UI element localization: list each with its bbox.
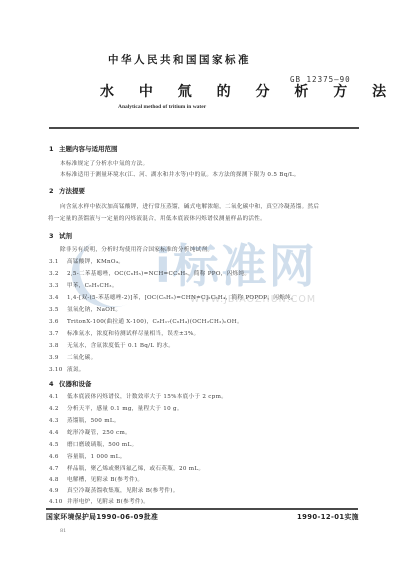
document-title: 水 中 氚 的 分 析 方 法 [100, 81, 396, 101]
section-2-heading: 2方法提要 [49, 186, 85, 195]
reagent-item: 3.1高锰酸钾，KMnO₄。 [49, 257, 124, 265]
document-subtitle: Analytical method of tritium in water [118, 104, 206, 110]
equipment-item: 4.7样品瓶，聚乙烯或聚四氟乙烯，或石英瓶，20 mL。 [49, 464, 204, 472]
header-rule [49, 127, 359, 129]
equipment-item: 4.10井形电炉，见附录 B(参考件)。 [49, 497, 149, 505]
section-1-para-1: 本标准规定了分析水中氚的方法。 [60, 159, 148, 167]
equipment-item: 4.2分析天平，感量 0.1 mg，量程大于 10 g。 [49, 404, 183, 412]
equipment-item: 4.3蒸馏瓶，500 mL。 [49, 416, 120, 424]
effective-date: 1990-12-01实施 [297, 511, 359, 521]
equipment-item: 4.6容量瓶，1 000 mL。 [49, 452, 126, 460]
watermark-logo: i标准网 [155, 230, 317, 296]
page-number: 81 [60, 528, 66, 534]
reagent-item: 3.6TritonX-100(曲拉通 X-100)，C₈H₁₇(C₆H₄)(OC… [49, 317, 243, 325]
approval-date: 国家环境保护局1990-06-09批准 [46, 511, 158, 521]
equipment-item: 4.1低本底液体闪烁谱仪，计数效率大于 15%本底小于 2 cpm。 [49, 392, 227, 400]
reagent-item: 3.10液氮。 [49, 365, 85, 373]
reagent-item: 3.9二氧化碳。 [49, 353, 96, 361]
footer-rule [46, 508, 358, 510]
reagent-item: 3.3甲苯，C₆H₅CH₃。 [49, 281, 118, 289]
section-4-heading: 4仪器和设备 [49, 379, 92, 388]
reagent-item: 3.5氢氧化钠，NaOH。 [49, 305, 121, 313]
reagent-item: 3.41,4-[双-(5-苯基噁唑-2)]苯，[OC(C₆H₅)=CHN=C]₂… [49, 293, 297, 301]
reagent-item: 3.8无氚水，含氚浓度低于 0.1 Bq/L 的水。 [49, 341, 174, 349]
section-1-para-2: 本标准适用于测量环境水(江、河、湖水和井水等)中的氚。本方法的探测下限为 0.5… [60, 170, 300, 178]
section-2-para-2: 将一定量的蒸馏液与一定量的闪烁液混合，用低本底液体闪烁谱仪测量样品的活性。 [48, 214, 266, 222]
section-3-intro: 除非另有说明，分析时均使用符合国家标准的分析纯试剂。 [60, 245, 213, 253]
equipment-item: 4.9真空冷凝蒸馏收集瓶，见附录 B(参考件)。 [49, 486, 179, 494]
equipment-item: 4.5磨口磨玻璃瓶，500 mL。 [49, 440, 137, 448]
equipment-item: 4.8电解槽，见附录 B(参考件)。 [49, 475, 143, 483]
national-standard-heading: 中华人民共和国国家标准 [108, 52, 251, 67]
section-2-para-1: 向含氚水样中依次加高锰酸钾，进行常压蒸馏，碱式电解浓缩，二氧化碳中和，真空冷凝蒸… [60, 202, 319, 210]
reagent-item: 3.22,5-二苯基噁唑，OC(C₆H₅)=NCH=CC₆H₅，简称 PPO，闪… [49, 269, 250, 277]
reagent-item: 3.7标准氚水，浓度和待测试样尽量相当，误差±3%。 [49, 329, 199, 337]
section-3-heading: 3试剂 [49, 231, 72, 240]
equipment-item: 4.4蛇形冷凝管，250 cm。 [49, 428, 131, 436]
section-1-heading: 1主题内容与适用范围 [49, 144, 118, 153]
